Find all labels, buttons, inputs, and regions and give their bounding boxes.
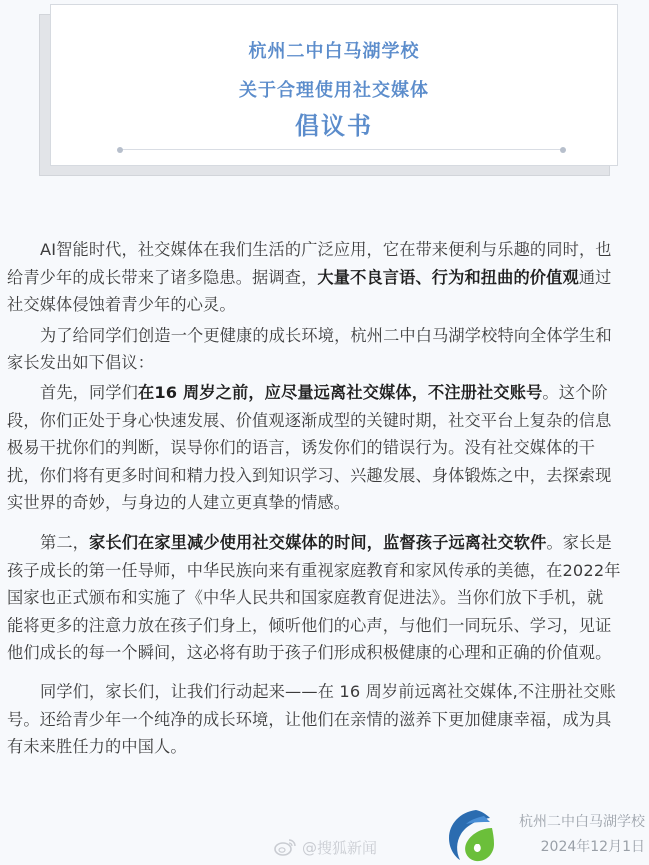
divider-dot-right-icon [560,147,566,153]
school-name: 杭州二中白马湖学校 [51,37,617,63]
paragraph: 为了给同学们创造一个更健康的成长环境，杭州二中白马湖学校特向全体学生和家长发出如… [7,322,643,377]
paragraph: 首先，同学们在16 周岁之前，应尽量远离社交媒体，不注册社交账号。这个阶段，你们… [7,379,643,517]
paragraph: AI智能时代，社交媒体在我们生活的广泛应用，它在带来便利与乐趣的同时，也给青少年… [7,236,643,319]
text-line: 极易干扰你们的判断，误导你们的语言，诱发你们的错误行为。没有社交媒体的干 [7,434,643,462]
text-segment: 实世界的奇妙，与身边的人建立更真挚的情感。 [7,493,350,512]
text-line: 号。还给青少年一个纯净的成长环境，让他们在亲情的滋养下更加健康幸福，成为具 [7,706,643,734]
text-segment: 极易干扰你们的判断，误导你们的语言，诱发你们的错误行为。没有社交媒体的干 [7,438,595,457]
text-line: 孩子成长的第一任导师，中华民族向来有重视家庭教育和家风传承的美德，在2022年 [7,557,643,585]
text-line: 第二，家长们在家里减少使用社交媒体的时间，监督孩子远离社交软件。家长是 [7,529,643,557]
signature-organization: 杭州二中白马湖学校 [490,810,645,835]
text-line: 首先，同学们在16 周岁之前，应尽量远离社交媒体，不注册社交账号。这个阶 [7,379,643,407]
text-line: 扰，你们将有更多时间和精力投入到知识学习、兴趣发展、身体锻炼之中，去探索现 [7,462,643,490]
text-segment: 通过 [579,268,612,287]
weibo-icon [274,838,296,856]
text-segment: 首先，同学们 [40,383,138,402]
text-segment: 给青少年的成长带来了诸多隐患。据调查， [7,268,317,287]
text-segment: 能将更多的注意力放在孩子们身上，倾听他们的心声，与他们一同玩乐、学习，见证 [7,616,612,635]
text-segment: 家长发出如下倡议： [7,353,154,372]
text-segment: 孩子成长的第一任导师，中华民族向来有重视家庭教育和家风传承的美德，在2022年 [7,561,621,580]
watermark: @搜狐新闻 [274,836,377,858]
text-segment: 社交媒体侵蚀着青少年的心灵。 [7,295,236,314]
document-subtitle: 关于合理使用社交媒体 [51,76,617,102]
text-line: 给青少年的成长带来了诸多隐患。据调查，大量不良言语、行为和扭曲的价值观通过 [7,264,643,292]
text-line: 他们成长的每一个瞬间，这必将有助于孩子们形成积极健康的心理和正确的价值观。 [7,639,643,667]
text-line: 社交媒体侵蚀着青少年的心灵。 [7,291,643,319]
header-divider [120,149,564,150]
text-segment: 段，你们正处于身心快速发展、价值观逐渐成型的关键时期，社交平台上复杂的信息 [7,411,612,430]
text-segment: 他们成长的每一个瞬间，这必将有助于孩子们形成积极健康的心理和正确的价值观。 [7,643,612,662]
proposal-body: AI智能时代，社交媒体在我们生活的广泛应用，它在带来便利与乐趣的同时，也给青少年… [7,236,643,761]
text-line: AI智能时代，社交媒体在我们生活的广泛应用，它在带来便利与乐趣的同时，也 [7,236,643,264]
text-line: 实世界的奇妙，与身边的人建立更真挚的情感。 [7,489,643,517]
emphasis-text: 家长们在家里减少使用社交媒体的时间，监督孩子远离社交软件 [89,533,546,552]
watermark-text: @搜狐新闻 [302,837,377,858]
document-title: 倡议书 [51,106,617,141]
text-segment: 为了给同学们创造一个更健康的成长环境，杭州二中白马湖学校特向全体学生和 [40,326,612,345]
paragraph: 第二，家长们在家里减少使用社交媒体的时间，监督孩子远离社交软件。家长是孩子成长的… [7,529,643,667]
text-segment: 有未来胜任力的中国人。 [7,737,187,756]
text-line: 家长发出如下倡议： [7,349,643,377]
text-line: 能将更多的注意力放在孩子们身上，倾听他们的心声，与他们一同玩乐、学习，见证 [7,612,643,640]
text-segment: AI智能时代，社交媒体在我们生活的广泛应用，它在带来便利与乐趣的同时，也 [40,240,612,259]
divider-dot-left-icon [117,147,123,153]
paragraph: 同学们，家长们，让我们行动起来——在 16 周岁前远离社交媒体,不注册社交账号。… [7,678,643,761]
text-segment: 同学们，家长们，让我们行动起来——在 16 周岁前远离社交媒体,不注册社交账 [40,682,616,701]
header-card: 杭州二中白马湖学校 关于合理使用社交媒体 倡议书 [50,4,618,166]
signature-date: 2024年12月1日 [490,835,645,860]
text-line: 段，你们正处于身心快速发展、价值观逐渐成型的关键时期，社交平台上复杂的信息 [7,407,643,435]
text-line: 为了给同学们创造一个更健康的成长环境，杭州二中白马湖学校特向全体学生和 [7,322,643,350]
emphasis-text: 在16 周岁之前，应尽量远离社交媒体，不注册社交账号 [138,383,542,402]
signature-block: 杭州二中白马湖学校 2024年12月1日 [490,810,645,860]
text-line: 有未来胜任力的中国人。 [7,733,643,761]
text-line: 国家也正式颁布和实施了《中华人民共和国家庭教育促进法》。当你们放下手机，就 [7,584,643,612]
text-segment: 第二， [40,533,89,552]
text-segment: 。这个阶 [542,383,607,402]
text-segment: 国家也正式颁布和实施了《中华人民共和国家庭教育促进法》。当你们放下手机，就 [7,588,603,607]
text-segment: 。家长是 [546,533,611,552]
text-segment: 号。还给青少年一个纯净的成长环境，让他们在亲情的滋养下更加健康幸福，成为具 [7,710,612,729]
emphasis-text: 大量不良言语、行为和扭曲的价值观 [317,268,578,287]
text-segment: 扰，你们将有更多时间和精力投入到知识学习、兴趣发展、身体锻炼之中，去探索现 [7,466,612,485]
text-line: 同学们，家长们，让我们行动起来——在 16 周岁前远离社交媒体,不注册社交账 [7,678,643,706]
